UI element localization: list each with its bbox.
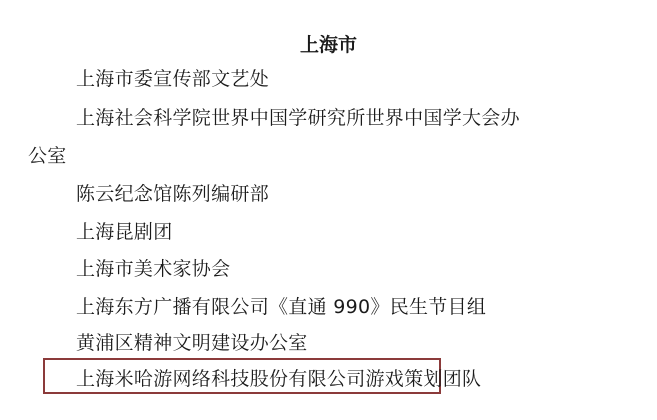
list-item: 上海社会科学院世界中国学研究所世界中国学大会办 bbox=[76, 105, 520, 131]
list-item: 上海昆剧团 bbox=[76, 219, 173, 245]
list-item: 上海市美术家协会 bbox=[76, 256, 230, 282]
highlighted-list-item: 上海米哈游网络科技股份有限公司游戏策划团队 bbox=[76, 366, 481, 392]
list-item: 上海东方广播有限公司《直通 990》民生节目组 bbox=[76, 294, 486, 320]
section-heading: 上海市 bbox=[0, 32, 657, 58]
list-item: 黄浦区精神文明建设办公室 bbox=[76, 330, 308, 356]
list-item-continuation: 公室 bbox=[28, 143, 67, 169]
list-item: 上海市委宣传部文艺处 bbox=[76, 66, 269, 92]
list-item: 陈云纪念馆陈列编研部 bbox=[76, 181, 269, 207]
